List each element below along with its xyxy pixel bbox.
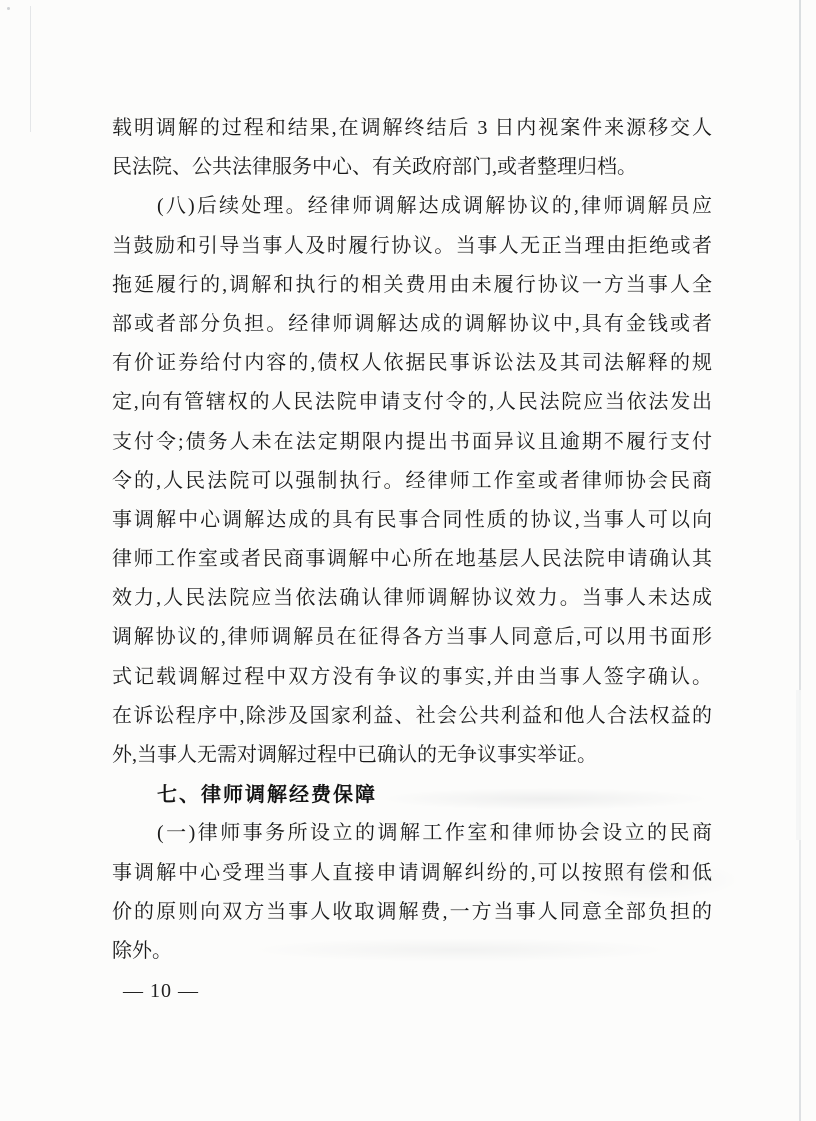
scan-artifact-left-edge-line — [30, 6, 31, 132]
text-line: 部或者部分负担。经律师调解达成的调解协议中,具有金钱或者 — [112, 305, 712, 344]
text-line: 除外。 — [112, 932, 712, 971]
scan-artifact-speck — [7, 7, 10, 10]
text-line: 有价证券给付内容的,债权人依据民事诉讼法及其司法解释的规 — [112, 344, 712, 383]
text-line: 外,当事人无需对调解过程中已确认的无争议事实举证。 — [112, 736, 712, 775]
scan-artifact-right-edge-notch — [796, 690, 801, 840]
text-line: (八)后续处理。经律师调解达成调解协议的,律师调解员应 — [112, 187, 712, 226]
text-line: 事调解中心调解达成的具有民事合同性质的协议,当事人可以向 — [112, 501, 712, 540]
scanned-page: 载明调解的过程和结果,在调解终结后 3 日内视案件来源移交人 民法院、公共法律服… — [0, 0, 816, 1121]
text-line: 当鼓励和引导当事人及时履行协议。当事人无正当理由拒绝或者 — [112, 227, 712, 266]
text-line: 支付令;债务人未在法定期限内提出书面异议且逾期不履行支付 — [112, 423, 712, 462]
text-line: 定,向有管辖权的人民法院申请支付令的,人民法院应当依法发出 — [112, 383, 712, 422]
document-body: 载明调解的过程和结果,在调解终结后 3 日内视案件来源移交人 民法院、公共法律服… — [112, 109, 712, 971]
text-line: 调解协议的,律师调解员在征得各方当事人同意后,可以用书面形 — [112, 618, 712, 657]
text-line: 民法院、公共法律服务中心、有关政府部门,或者整理归档。 — [112, 148, 712, 187]
section-heading: 七、律师调解经费保障 — [112, 775, 712, 814]
text-line: 载明调解的过程和结果,在调解终结后 3 日内视案件来源移交人 — [112, 109, 712, 148]
page-number: — 10 — — [123, 976, 199, 1006]
text-line: 价的原则向双方当事人收取调解费,一方当事人同意全部负担的 — [112, 893, 712, 932]
scan-artifact-right-edge-line — [799, 0, 801, 1121]
text-line: 律师工作室或者民商事调解中心所在地基层人民法院申请确认其 — [112, 540, 712, 579]
text-line: 在诉讼程序中,除涉及国家利益、社会公共利益和他人合法权益的 — [112, 697, 712, 736]
text-line: 式记载调解过程中双方没有争议的事实,并由当事人签字确认。 — [112, 658, 712, 697]
text-line: 拖延履行的,调解和执行的相关费用由未履行协议一方当事人全 — [112, 266, 712, 305]
text-line: 事调解中心受理当事人直接申请调解纠纷的,可以按照有偿和低 — [112, 854, 712, 893]
text-line: (一)律师事务所设立的调解工作室和律师协会设立的民商 — [112, 814, 712, 853]
text-line: 令的,人民法院可以强制执行。经律师工作室或者律师协会民商 — [112, 462, 712, 501]
text-line: 效力,人民法院应当依法确认律师调解协议效力。当事人未达成 — [112, 579, 712, 618]
